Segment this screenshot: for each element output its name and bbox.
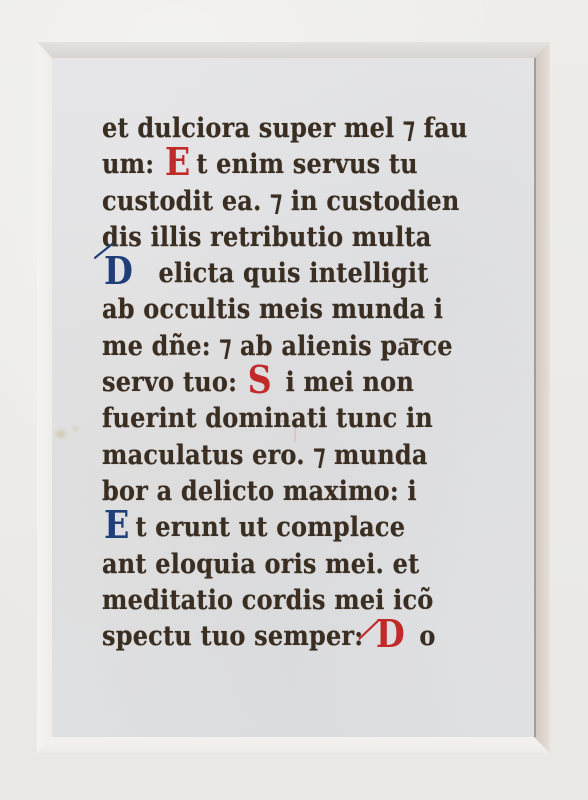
- manuscript-leaf: et dulciora super mel ⁊ fau um: Et enim …: [52, 58, 534, 737]
- text-line: Et erunt ut complace: [102, 507, 514, 548]
- text: i mei non: [286, 365, 414, 397]
- text: ant eloquia oris mei. et: [102, 547, 419, 579]
- red-initial-e: E: [165, 146, 191, 180]
- mat-bevel-left: [37, 42, 52, 753]
- foxing-stain: [72, 426, 79, 431]
- text-line: fuerint dominati tunc in: [102, 398, 514, 439]
- text-line: dis illis retributio multa: [102, 217, 514, 258]
- text: et dulciora super mel ⁊ fau: [102, 111, 468, 143]
- text: custodit ea. ⁊ in custodien: [102, 184, 459, 216]
- text: fuerint dominati tunc in: [102, 402, 433, 434]
- text-line: et dulciora super mel ⁊ fau: [102, 108, 514, 149]
- text: me dñe: ⁊ ab alienis pa͞rce: [102, 329, 453, 361]
- text-line: Delicta quis intelligit: [102, 253, 514, 294]
- mat-bevel-right: [534, 42, 550, 753]
- text: bor a delicto maximo: i: [102, 474, 417, 506]
- text: meditatio cordis mei icõ: [102, 583, 434, 615]
- text-line: um: Et enim servus tu: [102, 144, 514, 185]
- text-line: ant eloquia oris mei. et: [102, 543, 514, 584]
- mat-bevel-bottom: [37, 737, 550, 753]
- text-line: ab occultis meis munda i: [102, 289, 514, 330]
- text: ab occultis meis munda i: [102, 293, 443, 325]
- text: elicta quis intelligit: [159, 256, 429, 288]
- foxing-stain: [56, 430, 66, 438]
- text: t erunt ut complace: [135, 510, 405, 542]
- mat-bevel-top: [37, 42, 550, 58]
- manuscript-text: et dulciora super mel ⁊ fau um: Et enim …: [102, 110, 522, 654]
- text-line: maculatus ero. ⁊ munda: [102, 434, 514, 475]
- text: maculatus ero. ⁊ munda: [102, 438, 428, 470]
- text-line: custodit ea. ⁊ in custodien: [102, 180, 514, 221]
- text: servo tuo:: [102, 365, 246, 397]
- red-initial-d: D: [376, 618, 405, 652]
- text: spectu tuo semper:: [102, 619, 372, 651]
- text-line: servo tuo: Si mei non: [102, 362, 514, 403]
- text: o: [411, 619, 436, 651]
- blue-initial-e: E: [104, 509, 130, 543]
- text: t enim servus tu: [196, 147, 417, 179]
- red-initial-s: S: [248, 364, 272, 398]
- text-line: spectu tuo semper: D o: [102, 616, 514, 657]
- text: dis illis retributio multa: [102, 220, 431, 252]
- text-line: bor a delicto maximo: i: [102, 471, 514, 512]
- blue-initial-d: D: [104, 255, 133, 289]
- text: um:: [102, 147, 163, 179]
- text-line: meditatio cordis mei icõ: [102, 580, 514, 621]
- text-line: me dñe: ⁊ ab alienis pa͞rce: [102, 326, 514, 367]
